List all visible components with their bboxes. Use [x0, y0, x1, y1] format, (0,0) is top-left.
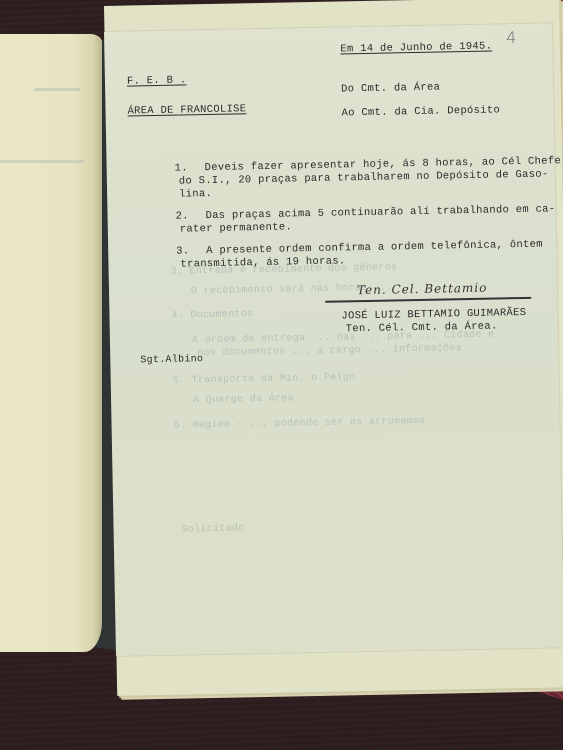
from-line: Do Cmt. da Área — [341, 82, 440, 96]
signature-line — [325, 297, 531, 302]
left-page-bleed-text — [0, 160, 84, 163]
handwritten-page-number: 4 — [506, 28, 517, 47]
bleed-through-text: A Quarge da Área — [193, 393, 294, 406]
item-text: A presente ordem confirma a ordem telefô… — [206, 239, 543, 257]
bleed-through-text: 4. Documentos — [171, 309, 253, 322]
item-number: 2. — [175, 210, 205, 223]
document-page: 3. Entrada e recebimento dos gêneros O r… — [104, 23, 563, 655]
bleed-through-text: 5. Transporte da Min. o Pelgo — [173, 372, 356, 387]
item-number: 1. — [175, 162, 205, 175]
item-text: Das praças acima 5 continuarão alí traba… — [205, 203, 555, 222]
item-line: rater permanente. — [180, 221, 292, 235]
left-page — [0, 34, 102, 652]
item-line: 3.A presente ordem confirma a ordem tele… — [176, 239, 543, 258]
signatory-name: JOSÉ LUIZ BETTAMIO GUIMARÃES — [341, 307, 526, 323]
bleed-through-text: 6. Regime - ... podendo ser os arrumamos — [173, 416, 425, 432]
left-page-bleed-text — [34, 88, 80, 91]
date-text: Em 14 de Junho de 1945. — [340, 41, 492, 56]
bleed-through-text: Solicitado — [181, 523, 244, 535]
handwritten-signature: Ten. Cel. Bettamio — [357, 281, 488, 298]
item-line: 2.Das praças acima 5 continuarão alí tra… — [175, 203, 555, 222]
to-line: Ao Cmt. da Cia. Depósito — [341, 104, 500, 119]
typist-initials: Sgt.Albino — [140, 354, 203, 366]
org-header: F. E. B . — [127, 74, 187, 87]
document-date: Em 14 de Junho de 1945. — [340, 41, 492, 56]
unit-header: ÁREA DE FRANCOLISE — [127, 103, 246, 117]
item-line: lina. — [179, 188, 212, 201]
item-number: 3. — [176, 245, 206, 258]
